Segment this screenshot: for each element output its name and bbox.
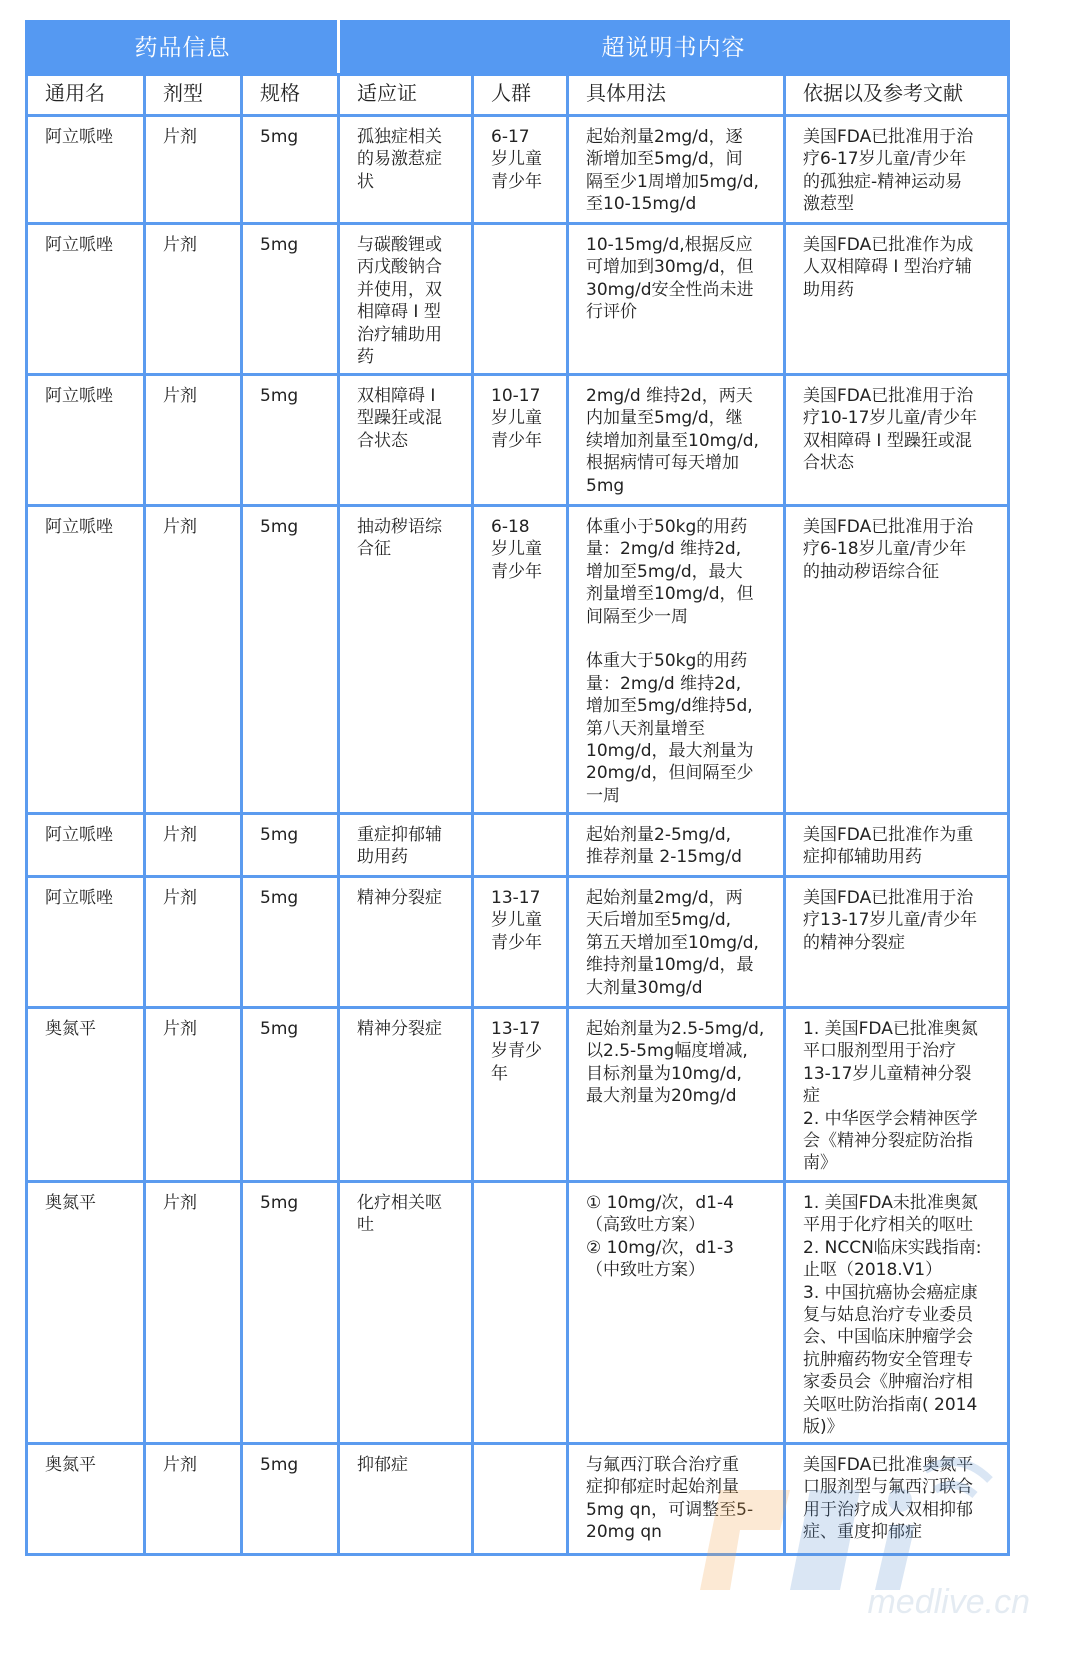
column-header-generic-name: 通用名 — [27, 75, 145, 116]
indication-text: 双相障碍 I 型躁狂或混 合状态 — [357, 385, 471, 452]
table-row: 阿立哌唑片剂5mg与碳酸锂或 丙戊酸钠合 并使用，双 相障碍 I 型 治疗辅助用… — [27, 224, 1009, 375]
dosage-form-text: 片剂 — [163, 1192, 240, 1214]
cell-indication: 双相障碍 I 型躁狂或混 合状态 — [339, 375, 473, 506]
dosage-form-text: 片剂 — [163, 1454, 240, 1476]
cell-dosage-form: 片剂 — [145, 1182, 242, 1444]
reference-text: 美国FDA已批准用于治 疗13-17岁儿童/青少年 的精神分裂症 — [803, 887, 1007, 954]
cell-reference: 美国FDA已批准奥氮平 口服剂型与氟西汀联合 用于治疗成人双相抑郁 症、重度抑郁… — [785, 1444, 1009, 1555]
cell-indication: 抑郁症 — [339, 1444, 473, 1555]
specification-text: 5mg — [260, 887, 337, 909]
table-row: 奥氮平片剂5mg精神分裂症13-17 岁青少 年起始剂量为2.5-5mg/d, … — [27, 1008, 1009, 1182]
reference-text: 美国FDA已批准用于治 疗10-17岁儿童/青少年 双相障碍 I 型躁狂或混 合… — [803, 385, 1007, 475]
reference-text: 1. 美国FDA已批准奥氮 平口服剂型用于治疗 13-17岁儿童精神分裂 症 2… — [803, 1018, 1007, 1175]
reference-text: 1. 美国FDA未批准奥氮 平用于化疗相关的呕吐 2. NCCN临床实践指南: … — [803, 1192, 1007, 1438]
group-header-offlabel-content: 超说明书内容 — [339, 22, 1009, 75]
usage-text: 体重小于50kg的用药 量：2mg/d 维持2d, 增加至5mg/d，最大 剂量… — [586, 516, 783, 807]
specification-text: 5mg — [260, 824, 337, 846]
cell-specification: 5mg — [242, 1008, 339, 1182]
population-text: 10-17 岁儿童 青少年 — [491, 385, 566, 452]
cell-generic-name: 奥氮平 — [27, 1182, 145, 1444]
cell-usage: 2mg/d 维持2d，两天 内加量至5mg/d，继 续增加剂量至10mg/d, … — [568, 375, 785, 506]
table-row: 奥氮平片剂5mg化疗相关呕 吐① 10mg/次，d1-4 （高致吐方案） ② 1… — [27, 1182, 1009, 1444]
cell-usage: 10-15mg/d,根据反应 可增加到30mg/d，但 30mg/d安全性尚未进… — [568, 224, 785, 375]
cell-population: 6-17 岁儿童 青少年 — [473, 116, 568, 224]
indication-text: 化疗相关呕 吐 — [357, 1192, 471, 1237]
specification-text: 5mg — [260, 516, 337, 538]
cell-reference: 美国FDA已批准作为重 症抑郁辅助用药 — [785, 814, 1009, 877]
usage-text: 10-15mg/d,根据反应 可增加到30mg/d，但 30mg/d安全性尚未进… — [586, 234, 783, 324]
usage-text: 与氟西汀联合治疗重 症抑郁症时起始剂量 5mg qn，可调整至5- 20mg q… — [586, 1454, 783, 1544]
population-text: 6-18 岁儿童 青少年 — [491, 516, 566, 583]
cell-reference: 美国FDA已批准用于治 疗13-17岁儿童/青少年 的精神分裂症 — [785, 877, 1009, 1008]
usage-text: 2mg/d 维持2d，两天 内加量至5mg/d，继 续增加剂量至10mg/d, … — [586, 385, 783, 497]
dosage-form-text: 片剂 — [163, 385, 240, 407]
generic-name-text: 奥氮平 — [45, 1454, 143, 1476]
dosage-form-text: 片剂 — [163, 824, 240, 846]
cell-usage: ① 10mg/次，d1-4 （高致吐方案） ② 10mg/次，d1-3 （中致吐… — [568, 1182, 785, 1444]
table-row: 阿立哌唑片剂5mg精神分裂症13-17 岁儿童 青少年起始剂量2mg/d，两 天… — [27, 877, 1009, 1008]
cell-generic-name: 奥氮平 — [27, 1444, 145, 1555]
cell-dosage-form: 片剂 — [145, 506, 242, 814]
cell-dosage-form: 片剂 — [145, 877, 242, 1008]
cell-generic-name: 阿立哌唑 — [27, 877, 145, 1008]
cell-population — [473, 814, 568, 877]
dosage-form-text: 片剂 — [163, 1018, 240, 1040]
reference-text: 美国FDA已批准作为重 症抑郁辅助用药 — [803, 824, 1007, 869]
cell-reference: 1. 美国FDA未批准奥氮 平用于化疗相关的呕吐 2. NCCN临床实践指南: … — [785, 1182, 1009, 1444]
generic-name-text: 阿立哌唑 — [45, 385, 143, 407]
cell-population — [473, 224, 568, 375]
cell-indication: 精神分裂症 — [339, 1008, 473, 1182]
generic-name-text: 阿立哌唑 — [45, 126, 143, 148]
cell-usage: 起始剂量2mg/d，两 天后增加至5mg/d, 第五天增加至10mg/d, 维持… — [568, 877, 785, 1008]
drug-offlabel-table: 药品信息 超说明书内容 通用名 剂型 规格 适应证 人群 具体用法 依据以及参考… — [25, 20, 1010, 1556]
generic-name-text: 阿立哌唑 — [45, 887, 143, 909]
cell-indication: 抽动秽语综 合征 — [339, 506, 473, 814]
cell-generic-name: 阿立哌唑 — [27, 375, 145, 506]
cell-specification: 5mg — [242, 116, 339, 224]
cell-usage: 起始剂量为2.5-5mg/d, 以2.5-5mg幅度增减, 目标剂量为10mg/… — [568, 1008, 785, 1182]
cell-specification: 5mg — [242, 375, 339, 506]
cell-dosage-form: 片剂 — [145, 1444, 242, 1555]
generic-name-text: 奥氮平 — [45, 1192, 143, 1214]
cell-indication: 与碳酸锂或 丙戊酸钠合 并使用，双 相障碍 I 型 治疗辅助用 药 — [339, 224, 473, 375]
cell-reference: 美国FDA已批准用于治 疗6-18岁儿童/青少年 的抽动秽语综合征 — [785, 506, 1009, 814]
cell-population: 13-17 岁青少 年 — [473, 1008, 568, 1182]
reference-text: 美国FDA已批准用于治 疗6-17岁儿童/青少年 的孤独症-精神运动易 激惹型 — [803, 126, 1007, 216]
cell-population: 13-17 岁儿童 青少年 — [473, 877, 568, 1008]
cell-population — [473, 1444, 568, 1555]
specification-text: 5mg — [260, 126, 337, 148]
table-row: 阿立哌唑片剂5mg孤独症相关 的易激惹症 状6-17 岁儿童 青少年起始剂量2m… — [27, 116, 1009, 224]
column-header-population: 人群 — [473, 75, 568, 116]
table-row: 奥氮平片剂5mg抑郁症与氟西汀联合治疗重 症抑郁症时起始剂量 5mg qn，可调… — [27, 1444, 1009, 1555]
table-row: 阿立哌唑片剂5mg抽动秽语综 合征6-18 岁儿童 青少年体重小于50kg的用药… — [27, 506, 1009, 814]
cell-usage: 起始剂量2-5mg/d, 推荐剂量 2-15mg/d — [568, 814, 785, 877]
column-header-row: 通用名 剂型 规格 适应证 人群 具体用法 依据以及参考文献 — [27, 75, 1009, 116]
cell-population: 10-17 岁儿童 青少年 — [473, 375, 568, 506]
cell-indication: 重症抑郁辅 助用药 — [339, 814, 473, 877]
cell-dosage-form: 片剂 — [145, 116, 242, 224]
cell-indication: 孤独症相关 的易激惹症 状 — [339, 116, 473, 224]
cell-dosage-form: 片剂 — [145, 1008, 242, 1182]
usage-text: 起始剂量2-5mg/d, 推荐剂量 2-15mg/d — [586, 824, 783, 869]
indication-text: 重症抑郁辅 助用药 — [357, 824, 471, 869]
cell-specification: 5mg — [242, 814, 339, 877]
cell-dosage-form: 片剂 — [145, 375, 242, 506]
cell-specification: 5mg — [242, 877, 339, 1008]
specification-text: 5mg — [260, 1192, 337, 1214]
indication-text: 抽动秽语综 合征 — [357, 516, 471, 561]
cell-reference: 1. 美国FDA已批准奥氮 平口服剂型用于治疗 13-17岁儿童精神分裂 症 2… — [785, 1008, 1009, 1182]
indication-text: 与碳酸锂或 丙戊酸钠合 并使用，双 相障碍 I 型 治疗辅助用 药 — [357, 234, 471, 368]
dosage-form-text: 片剂 — [163, 234, 240, 256]
cell-reference: 美国FDA已批准用于治 疗6-17岁儿童/青少年 的孤独症-精神运动易 激惹型 — [785, 116, 1009, 224]
watermark-text: medlive.cn — [867, 1583, 1030, 1622]
reference-text: 美国FDA已批准用于治 疗6-18岁儿童/青少年 的抽动秽语综合征 — [803, 516, 1007, 583]
cell-generic-name: 阿立哌唑 — [27, 506, 145, 814]
indication-text: 孤独症相关 的易激惹症 状 — [357, 126, 471, 193]
cell-usage: 与氟西汀联合治疗重 症抑郁症时起始剂量 5mg qn，可调整至5- 20mg q… — [568, 1444, 785, 1555]
population-text: 13-17 岁儿童 青少年 — [491, 887, 566, 954]
usage-text: 起始剂量2mg/d，两 天后增加至5mg/d, 第五天增加至10mg/d, 维持… — [586, 887, 783, 999]
cell-population: 6-18 岁儿童 青少年 — [473, 506, 568, 814]
cell-specification: 5mg — [242, 224, 339, 375]
column-header-specification: 规格 — [242, 75, 339, 116]
dosage-form-text: 片剂 — [163, 516, 240, 538]
population-text: 6-17 岁儿童 青少年 — [491, 126, 566, 193]
indication-text: 精神分裂症 — [357, 1018, 471, 1040]
column-header-reference: 依据以及参考文献 — [785, 75, 1009, 116]
usage-text: 起始剂量2mg/d，逐 渐增加至5mg/d，间 隔至少1周增加5mg/d, 至1… — [586, 126, 783, 216]
table-row: 阿立哌唑片剂5mg重症抑郁辅 助用药起始剂量2-5mg/d, 推荐剂量 2-15… — [27, 814, 1009, 877]
cell-dosage-form: 片剂 — [145, 814, 242, 877]
specification-text: 5mg — [260, 1018, 337, 1040]
table-row: 阿立哌唑片剂5mg双相障碍 I 型躁狂或混 合状态10-17 岁儿童 青少年2m… — [27, 375, 1009, 506]
column-header-usage: 具体用法 — [568, 75, 785, 116]
cell-specification: 5mg — [242, 1444, 339, 1555]
cell-dosage-form: 片剂 — [145, 224, 242, 375]
cell-generic-name: 阿立哌唑 — [27, 116, 145, 224]
usage-text: ① 10mg/次，d1-4 （高致吐方案） ② 10mg/次，d1-3 （中致吐… — [586, 1192, 783, 1282]
cell-generic-name: 阿立哌唑 — [27, 814, 145, 877]
population-text: 13-17 岁青少 年 — [491, 1018, 566, 1085]
reference-text: 美国FDA已批准作为成 人双相障碍 I 型治疗辅 助用药 — [803, 234, 1007, 301]
group-header-drug-info: 药品信息 — [27, 22, 339, 75]
indication-text: 精神分裂症 — [357, 887, 471, 909]
cell-indication: 化疗相关呕 吐 — [339, 1182, 473, 1444]
cell-reference: 美国FDA已批准作为成 人双相障碍 I 型治疗辅 助用药 — [785, 224, 1009, 375]
dosage-form-text: 片剂 — [163, 126, 240, 148]
cell-generic-name: 奥氮平 — [27, 1008, 145, 1182]
specification-text: 5mg — [260, 1454, 337, 1476]
column-header-dosage-form: 剂型 — [145, 75, 242, 116]
group-header-row: 药品信息 超说明书内容 — [27, 22, 1009, 75]
column-header-indication: 适应证 — [339, 75, 473, 116]
cell-indication: 精神分裂症 — [339, 877, 473, 1008]
cell-specification: 5mg — [242, 506, 339, 814]
table-body: 阿立哌唑片剂5mg孤独症相关 的易激惹症 状6-17 岁儿童 青少年起始剂量2m… — [27, 116, 1009, 1555]
specification-text: 5mg — [260, 234, 337, 256]
indication-text: 抑郁症 — [357, 1454, 471, 1476]
cell-reference: 美国FDA已批准用于治 疗10-17岁儿童/青少年 双相障碍 I 型躁狂或混 合… — [785, 375, 1009, 506]
generic-name-text: 奥氮平 — [45, 1018, 143, 1040]
specification-text: 5mg — [260, 385, 337, 407]
cell-usage: 起始剂量2mg/d，逐 渐增加至5mg/d，间 隔至少1周增加5mg/d, 至1… — [568, 116, 785, 224]
generic-name-text: 阿立哌唑 — [45, 516, 143, 538]
generic-name-text: 阿立哌唑 — [45, 234, 143, 256]
dosage-form-text: 片剂 — [163, 887, 240, 909]
reference-text: 美国FDA已批准奥氮平 口服剂型与氟西汀联合 用于治疗成人双相抑郁 症、重度抑郁… — [803, 1454, 1007, 1544]
usage-text: 起始剂量为2.5-5mg/d, 以2.5-5mg幅度增减, 目标剂量为10mg/… — [586, 1018, 783, 1108]
cell-population — [473, 1182, 568, 1444]
cell-generic-name: 阿立哌唑 — [27, 224, 145, 375]
generic-name-text: 阿立哌唑 — [45, 824, 143, 846]
cell-specification: 5mg — [242, 1182, 339, 1444]
cell-usage: 体重小于50kg的用药 量：2mg/d 维持2d, 增加至5mg/d，最大 剂量… — [568, 506, 785, 814]
